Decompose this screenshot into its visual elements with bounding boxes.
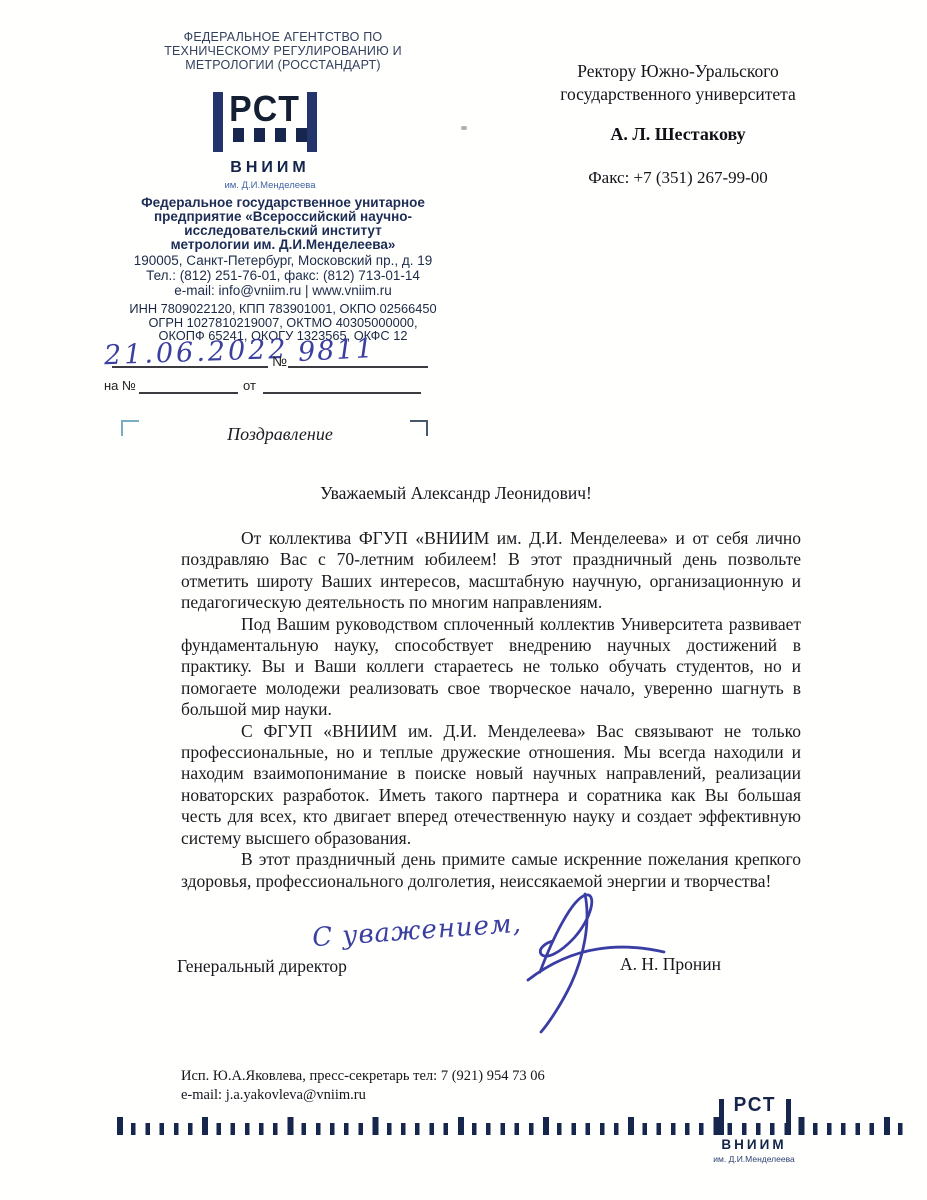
requisites-line: ОГРН 1027810219007, ОКТМО 40305000000, [95,316,471,330]
recipient-fax: Факс: +7 (351) 267-99-00 [528,168,828,188]
org-address-line: 190005, Санкт-Петербург, Московский пр.,… [95,254,471,269]
executor-line: Исп. Ю.А.Яковлева, пресс-секретарь тел: … [181,1068,545,1085]
handwritten-number: 9811 [297,333,375,368]
footer-vniim-sublabel: им. Д.И.Менделеева [704,1154,804,1164]
recipient-block: Ректору Южно-Уральского государственного… [528,60,828,106]
na-no-underline [139,392,238,394]
rst-logo-ticks-icon [233,128,307,142]
requisites-line: ИНН 7809022120, КПП 783901001, ОКПО 0256… [95,302,471,316]
number-underline [288,366,428,368]
agency-line: МЕТРОЛОГИИ (РОССТАНДАРТ) [100,58,466,72]
vniim-logo-sublabel: им. Д.И.Менделеева [100,180,440,191]
recipient-line: Ректору Южно-Уральского [528,60,828,83]
salutation: Уважаемый Александр Леонидович! [186,483,726,504]
na-no-label: на № [104,378,136,393]
org-name-block: Федеральное государственное унитарное пр… [95,196,471,252]
org-phone-line: Тел.: (812) 251-76-01, факс: (812) 713-0… [95,269,471,284]
handwritten-closing: С уважением, [311,909,522,954]
subject-line: Поздравление [160,424,400,445]
rst-logo-letters: РСТ [226,88,303,130]
body-paragraph: С ФГУП «ВНИИМ им. Д.И. Менделеева» Вас с… [181,721,801,849]
org-name-line: метрологии им. Д.И.Менделеева» [95,238,471,252]
vniim-logo-label: ВНИИМ [100,159,440,177]
letter-body: От коллектива ФГУП «ВНИИМ им. Д.И. Менде… [181,528,801,892]
body-paragraph: В этот праздничный день примите самые ис… [181,849,801,892]
agency-block: ФЕДЕРАЛЬНОЕ АГЕНТСТВО ПО ТЕХНИЧЕСКОМУ РЕ… [100,30,466,72]
agency-line: ФЕДЕРАЛЬНОЕ АГЕНТСТВО ПО [100,30,466,44]
footer-vniim-label: ВНИИМ [704,1137,804,1152]
date-underline [112,366,268,368]
signer-name: А. Н. Пронин [620,954,721,975]
recipient-name: А. Л. Шестакову [528,124,828,145]
org-email-line: e-mail: info@vniim.ru | www.vniim.ru [95,284,471,299]
rst-logo-left-bar-icon [213,92,223,152]
ot-label: от [243,378,256,393]
recipient-line: государственного университета [528,83,828,106]
agency-line: ТЕХНИЧЕСКОМУ РЕГУЛИРОВАНИЮ И [100,44,466,58]
footer-rst-letters: РСТ [724,1094,787,1117]
footer-rst-right-bar-icon [786,1099,791,1135]
number-sign-label: № [272,353,287,369]
rst-logo-right-bar-icon [307,92,317,152]
subject-corner-right-icon [410,420,428,436]
body-paragraph: Под Вашим руководством сплоченный коллек… [181,614,801,721]
org-name-line: Федеральное государственное унитарное [95,196,471,210]
signer-position: Генеральный директор [177,956,347,977]
org-address-block: 190005, Санкт-Петербург, Московский пр.,… [95,254,471,299]
executor-email: e-mail: j.a.yakovleva@vniim.ru [181,1087,366,1104]
org-name-line: исследовательский институт [95,224,471,238]
org-name-line: предприятие «Всероссийский научно- [95,210,471,224]
ot-underline [263,392,421,394]
letter-page: ФЕДЕРАЛЬНОЕ АГЕНТСТВО ПО ТЕХНИЧЕСКОМУ РЕ… [0,0,927,1200]
subject-corner-left-icon [121,420,139,436]
body-paragraph: От коллектива ФГУП «ВНИИМ им. Д.И. Менде… [181,528,801,614]
scan-artifact-dot [461,126,467,130]
